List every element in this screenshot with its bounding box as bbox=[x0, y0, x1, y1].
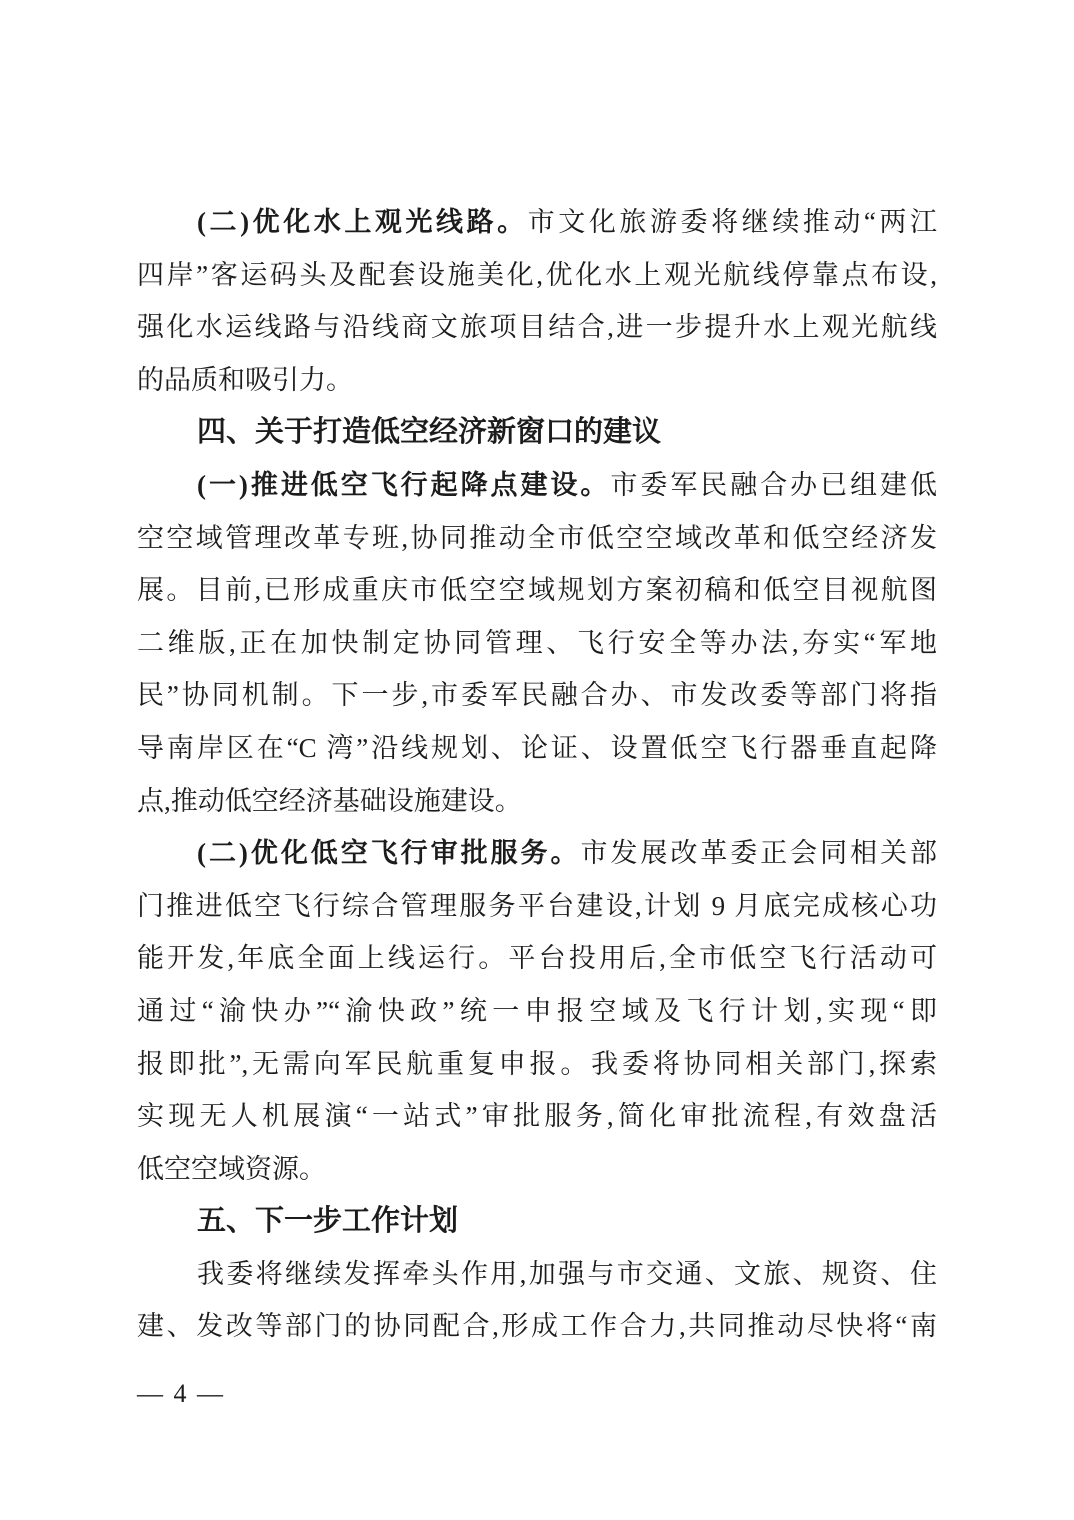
line-text: 市委军民融合办已组建低 bbox=[610, 470, 937, 500]
text-line: 导南岸区在“C 湾”沿线规划、论证、设置低空飞行器垂直起降 bbox=[137, 722, 937, 775]
line-text: 四岸”客运码头及配套设施美化,优化水上观光航线停靠点布设, bbox=[137, 260, 937, 290]
line-text: 展。目前,已形成重庆市低空空域规划方案初稿和低空目视航图 bbox=[137, 575, 937, 605]
text-line: 的品质和吸引力。 bbox=[137, 354, 937, 407]
text-line: 四岸”客运码头及配套设施美化,优化水上观光航线停靠点布设, bbox=[137, 249, 937, 302]
line-text: 民”协同机制。下一步,市委军民融合办、市发改委等部门将指 bbox=[137, 680, 937, 710]
document-page: (二)优化水上观光线路。市文化旅游委将继续推动“两江 四岸”客运码头及配套设施美… bbox=[0, 0, 1074, 1520]
heading-text: 五、下一步工作计划 bbox=[197, 1205, 458, 1237]
line-text: 强化水运线路与沿线商文旅项目结合,进一步提升水上观光航线 bbox=[137, 312, 937, 342]
line-text: 的品质和吸引力。 bbox=[137, 365, 353, 395]
text-line: (二)优化水上观光线路。市文化旅游委将继续推动“两江 bbox=[137, 196, 937, 249]
line-text: 建、发改等部门的协同配合,形成工作合力,共同推动尽快将“南 bbox=[137, 1311, 937, 1341]
line-text: 市发展改革委正会同相关部 bbox=[580, 838, 937, 868]
line-text: 市文化旅游委将继续推动“两江 bbox=[528, 207, 937, 237]
text-line: 报即批”,无需向军民航重复申报。我委将协同相关部门,探索 bbox=[137, 1038, 937, 1091]
text-line: 我委将继续发挥牵头作用,加强与市交通、文旅、规资、住 bbox=[137, 1248, 937, 1301]
line-text: 我委将继续发挥牵头作用,加强与市交通、文旅、规资、住 bbox=[197, 1259, 937, 1289]
text-line: 建、发改等部门的协同配合,形成工作合力,共同推动尽快将“南 bbox=[137, 1300, 937, 1353]
text-line: 点,推动低空经济基础设施建设。 bbox=[137, 775, 937, 828]
text-line: 低空空域资源。 bbox=[137, 1143, 937, 1196]
text-line: 民”协同机制。下一步,市委军民融合办、市发改委等部门将指 bbox=[137, 669, 937, 722]
text-line: 空空域管理改革专班,协同推动全市低空空域改革和低空经济发 bbox=[137, 512, 937, 565]
text-line: 展。目前,已形成重庆市低空空域规划方案初稿和低空目视航图 bbox=[137, 564, 937, 617]
line-text: 低空空域资源。 bbox=[137, 1154, 326, 1184]
line-text: 实现无人机展演“一站式”审批服务,简化审批流程,有效盘活 bbox=[137, 1101, 937, 1131]
text-line: (二)优化低空飞行审批服务。市发展改革委正会同相关部 bbox=[137, 827, 937, 880]
line-text: 点,推动低空经济基础设施建设。 bbox=[137, 786, 522, 816]
line-text: 报即批”,无需向军民航重复申报。我委将协同相关部门,探索 bbox=[137, 1049, 937, 1079]
heading-text: 四、关于打造低空经济新窗口的建议 bbox=[197, 416, 661, 448]
text-line: 能开发,年底全面上线运行。平台投用后,全市低空飞行活动可 bbox=[137, 932, 937, 985]
document-body: (二)优化水上观光线路。市文化旅游委将继续推动“两江 四岸”客运码头及配套设施美… bbox=[137, 196, 937, 1353]
line-text: 门推进低空飞行综合管理服务平台建设,计划 9 月底完成核心功 bbox=[137, 891, 937, 921]
paragraph-lead: (二)优化低空飞行审批服务。 bbox=[197, 838, 580, 868]
text-line: 强化水运线路与沿线商文旅项目结合,进一步提升水上观光航线 bbox=[137, 301, 937, 354]
text-line: 二维版,正在加快制定协同管理、飞行安全等办法,夯实“军地 bbox=[137, 617, 937, 670]
section-heading: 五、下一步工作计划 bbox=[137, 1195, 937, 1248]
line-text: 通过“渝快办”“渝快政”统一申报空域及飞行计划,实现“即 bbox=[137, 996, 937, 1026]
text-line: (一)推进低空飞行起降点建设。市委军民融合办已组建低 bbox=[137, 459, 937, 512]
text-line: 门推进低空飞行综合管理服务平台建设,计划 9 月底完成核心功 bbox=[137, 880, 937, 933]
line-text: 导南岸区在“C 湾”沿线规划、论证、设置低空飞行器垂直起降 bbox=[137, 733, 937, 763]
paragraph-lead: (一)推进低空飞行起降点建设。 bbox=[197, 470, 610, 500]
text-line: 实现无人机展演“一站式”审批服务,简化审批流程,有效盘活 bbox=[137, 1090, 937, 1143]
paragraph-lead: (二)优化水上观光线路。 bbox=[197, 207, 528, 237]
line-text: 二维版,正在加快制定协同管理、飞行安全等办法,夯实“军地 bbox=[137, 628, 937, 658]
line-text: 空空域管理改革专班,协同推动全市低空空域改革和低空经济发 bbox=[137, 523, 937, 553]
page-number: — 4 — bbox=[137, 1374, 225, 1414]
section-heading: 四、关于打造低空经济新窗口的建议 bbox=[137, 406, 937, 459]
line-text: 能开发,年底全面上线运行。平台投用后,全市低空飞行活动可 bbox=[137, 943, 937, 973]
text-line: 通过“渝快办”“渝快政”统一申报空域及飞行计划,实现“即 bbox=[137, 985, 937, 1038]
